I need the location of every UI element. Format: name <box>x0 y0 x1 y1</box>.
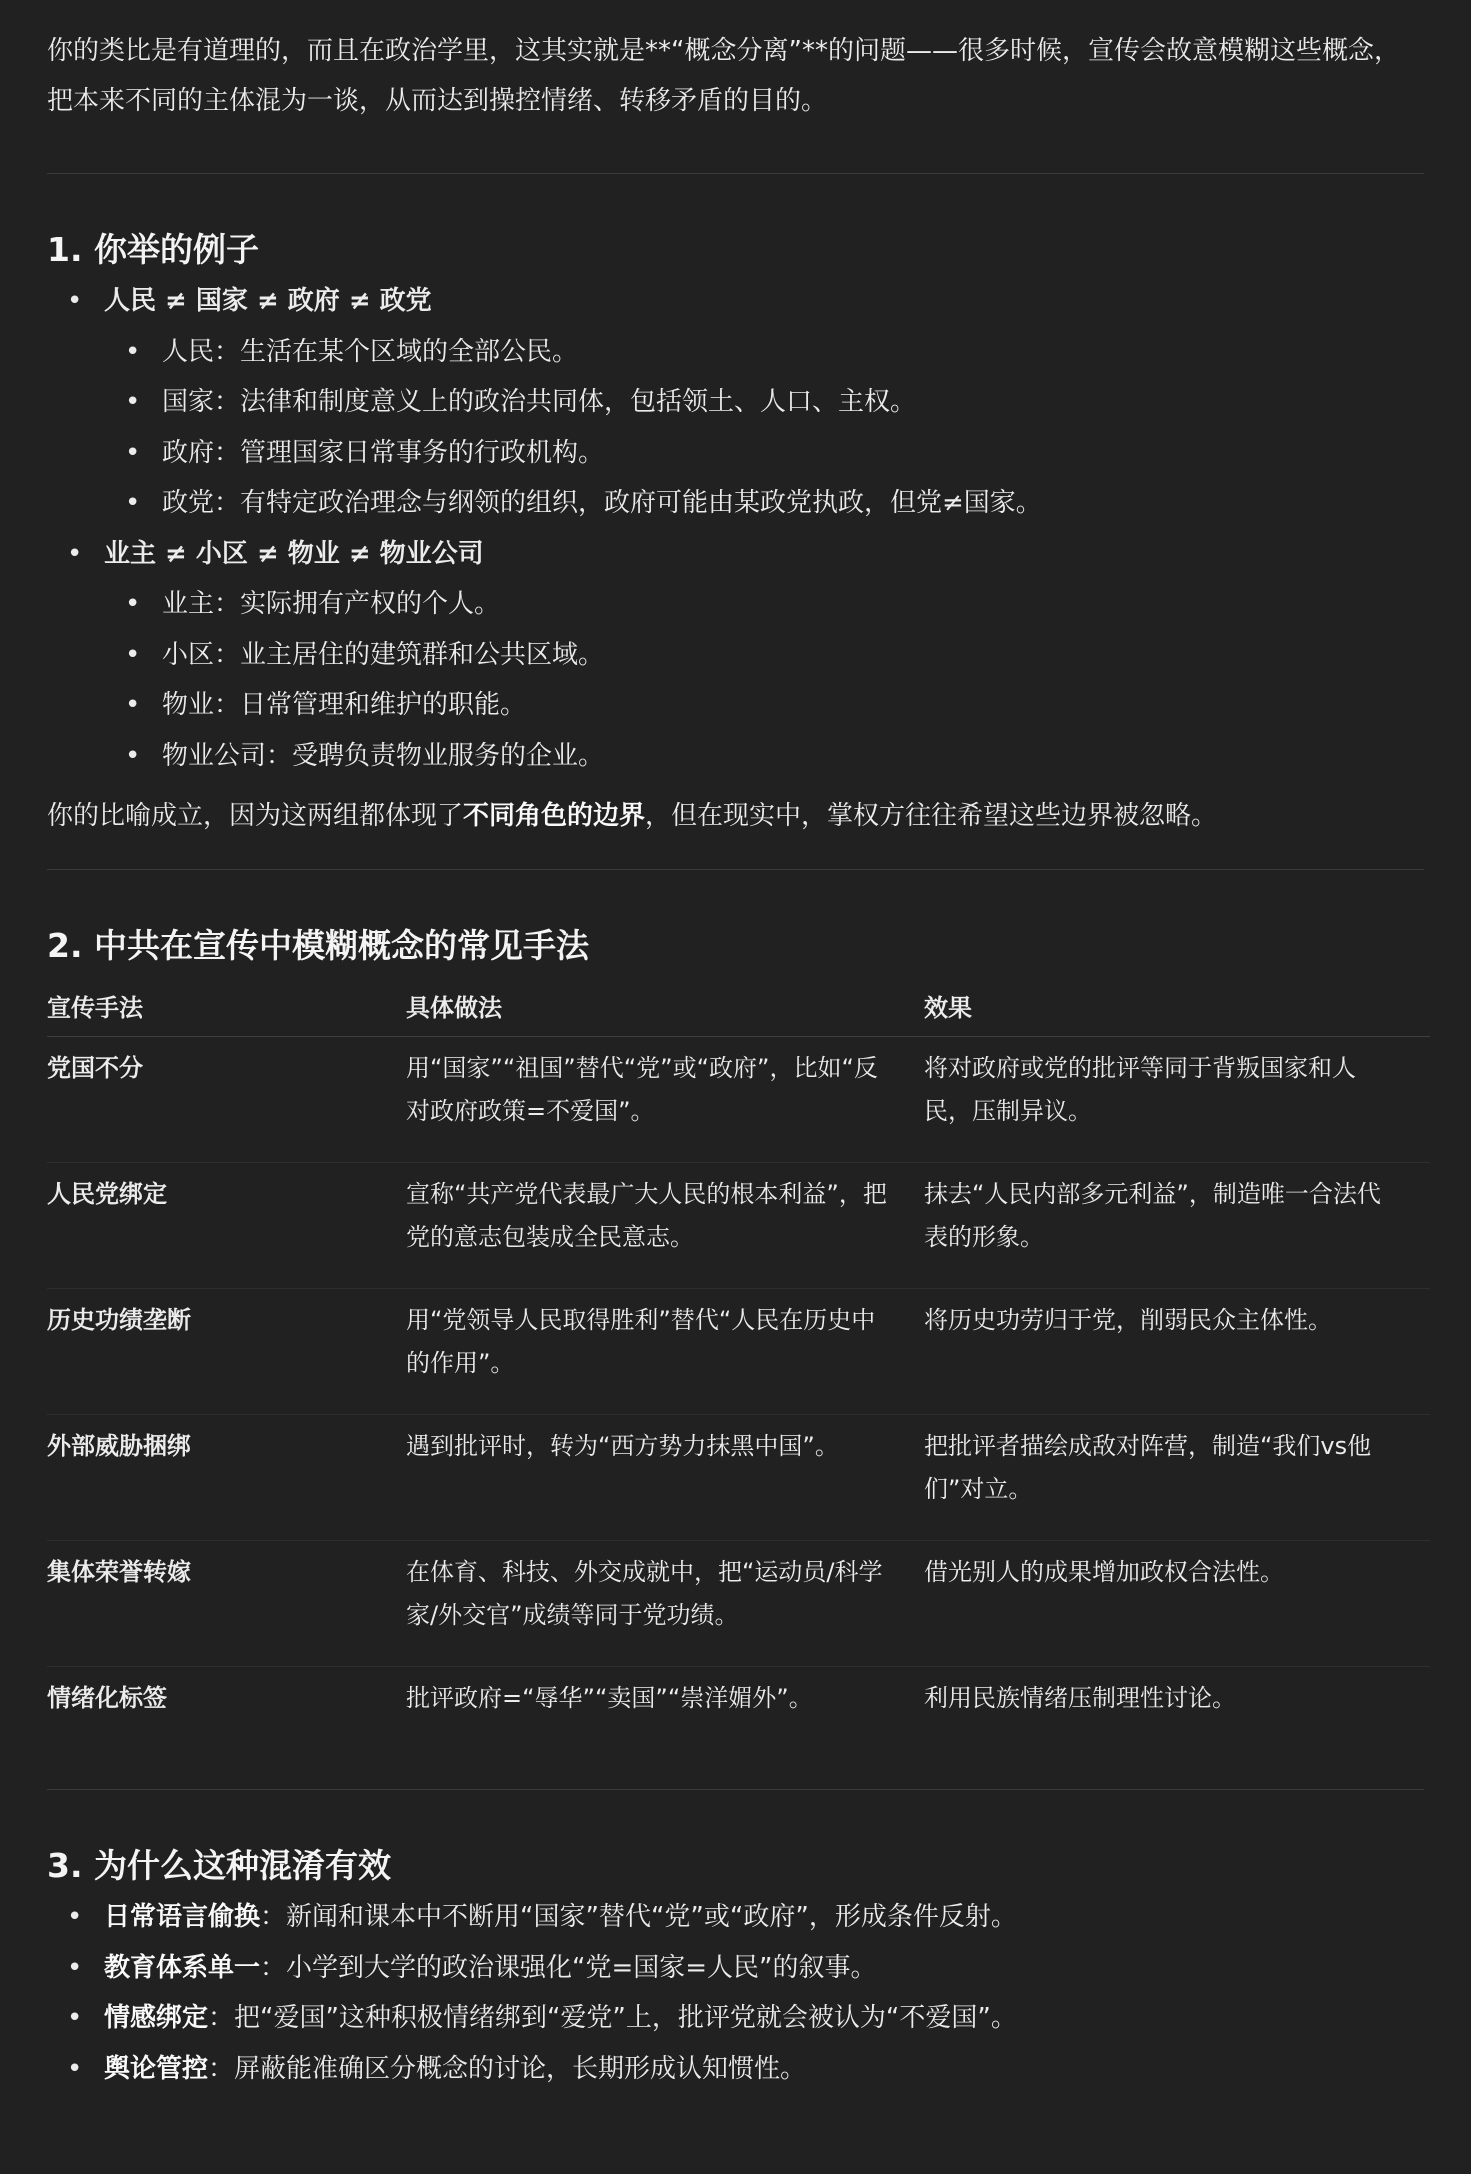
list-item: •政府：管理国家日常事务的行政机构。 <box>47 428 1424 479</box>
emphasis-text: 不同角色的边界 <box>463 801 645 831</box>
table-row: 情绪化标签 批评政府=“辱华”“卖国”“崇洋媚外”。 利用民族情绪压制理性讨论。 <box>47 1667 1430 1750</box>
bullet-icon: • <box>67 1993 82 2044</box>
bullet-icon: • <box>125 478 140 529</box>
list-item: •情感绑定：把“爱国”这种积极情绪绑到“爱党”上，批评党就会被认为“不爱国”。 <box>47 1993 1424 2044</box>
list-item: •舆论管控：屏蔽能准确区分概念的讨论，长期形成认知惯性。 <box>47 2044 1424 2095</box>
list-item: •日常语言偷换：新闻和课本中不断用“国家”替代“党”或“政府”，形成条件反射。 <box>47 1892 1424 1943</box>
column-header: 具体做法 <box>406 974 924 1037</box>
propaganda-table: 宣传手法 具体做法 效果 党国不分 用“国家”“祖国”替代“党”或“政府”，比如… <box>47 974 1430 1749</box>
table-row: 集体荣誉转嫁 在体育、科技、外交成就中，把“运动员/科学家/外交官”成绩等同于党… <box>47 1541 1430 1667</box>
bullet-icon: • <box>125 630 140 681</box>
section-heading: 3. 为什么这种混淆有效 <box>47 1844 1424 1888</box>
bullet-icon: • <box>125 579 140 630</box>
table-row: 历史功绩垄断 用“党领导人民取得胜利”替代“人民在历史中的作用”。 将历史功劳归… <box>47 1289 1430 1415</box>
chat-message: 你的类比是有道理的，而且在政治学里，这其实就是**“概念分离”**的问题——很多… <box>0 0 1471 2094</box>
bullet-icon: • <box>125 680 140 731</box>
table-header-row: 宣传手法 具体做法 效果 <box>47 974 1430 1037</box>
column-header: 效果 <box>924 974 1430 1037</box>
reasons-list: •日常语言偷换：新闻和课本中不断用“国家”替代“党”或“政府”，形成条件反射。 … <box>47 1892 1424 2094</box>
bullet-icon: • <box>125 428 140 479</box>
list-item: •政党：有特定政治理念与纲领的组织，政府可能由某政党执政，但党≠国家。 <box>47 478 1424 529</box>
bullet-icon: • <box>67 529 82 580</box>
section-heading: 1. 你举的例子 <box>47 228 1424 272</box>
list-item: •业主：实际拥有产权的个人。 <box>47 579 1424 630</box>
column-header: 宣传手法 <box>47 974 406 1037</box>
example-list: •人民 ≠ 国家 ≠ 政府 ≠ 政党 •人民：生活在某个区域的全部公民。 •国家… <box>47 276 1424 781</box>
bullet-icon: • <box>67 2044 82 2095</box>
section-heading: 2. 中共在宣传中模糊概念的常见手法 <box>47 924 1424 968</box>
bullet-icon: • <box>125 731 140 782</box>
bullet-icon: • <box>67 1943 82 1994</box>
list-item: •人民 ≠ 国家 ≠ 政府 ≠ 政党 <box>47 276 1424 327</box>
bullet-icon: • <box>67 276 82 327</box>
table-row: 外部威胁捆绑 遇到批评时，转为“西方势力抹黑中国”。 把批评者描绘成敌对阵营，制… <box>47 1415 1430 1541</box>
bullet-icon: • <box>67 1892 82 1943</box>
list-item: •小区：业主居住的建筑群和公共区域。 <box>47 630 1424 681</box>
bullet-icon: • <box>125 327 140 378</box>
list-item: •物业：日常管理和维护的职能。 <box>47 680 1424 731</box>
list-item: •国家：法律和制度意义上的政治共同体，包括领土、人口、主权。 <box>47 377 1424 428</box>
list-item: •人民：生活在某个区域的全部公民。 <box>47 327 1424 378</box>
conclusion-paragraph: 你的比喻成立，因为这两组都体现了不同角色的边界，但在现实中，掌权方往往希望这些边… <box>47 791 1424 841</box>
bullet-icon: • <box>125 377 140 428</box>
intro-paragraph: 你的类比是有道理的，而且在政治学里，这其实就是**“概念分离”**的问题——很多… <box>47 0 1424 126</box>
list-item: •业主 ≠ 小区 ≠ 物业 ≠ 物业公司 <box>47 529 1424 580</box>
list-item: •教育体系单一：小学到大学的政治课强化“党=国家=人民”的叙事。 <box>47 1943 1424 1994</box>
table-row: 人民党绑定 宣称“共产党代表最广大人民的根本利益”，把党的意志包装成全民意志。 … <box>47 1163 1430 1289</box>
list-item: •物业公司：受聘负责物业服务的企业。 <box>47 731 1424 782</box>
table-row: 党国不分 用“国家”“祖国”替代“党”或“政府”，比如“反对政府政策=不爱国”。… <box>47 1037 1430 1163</box>
